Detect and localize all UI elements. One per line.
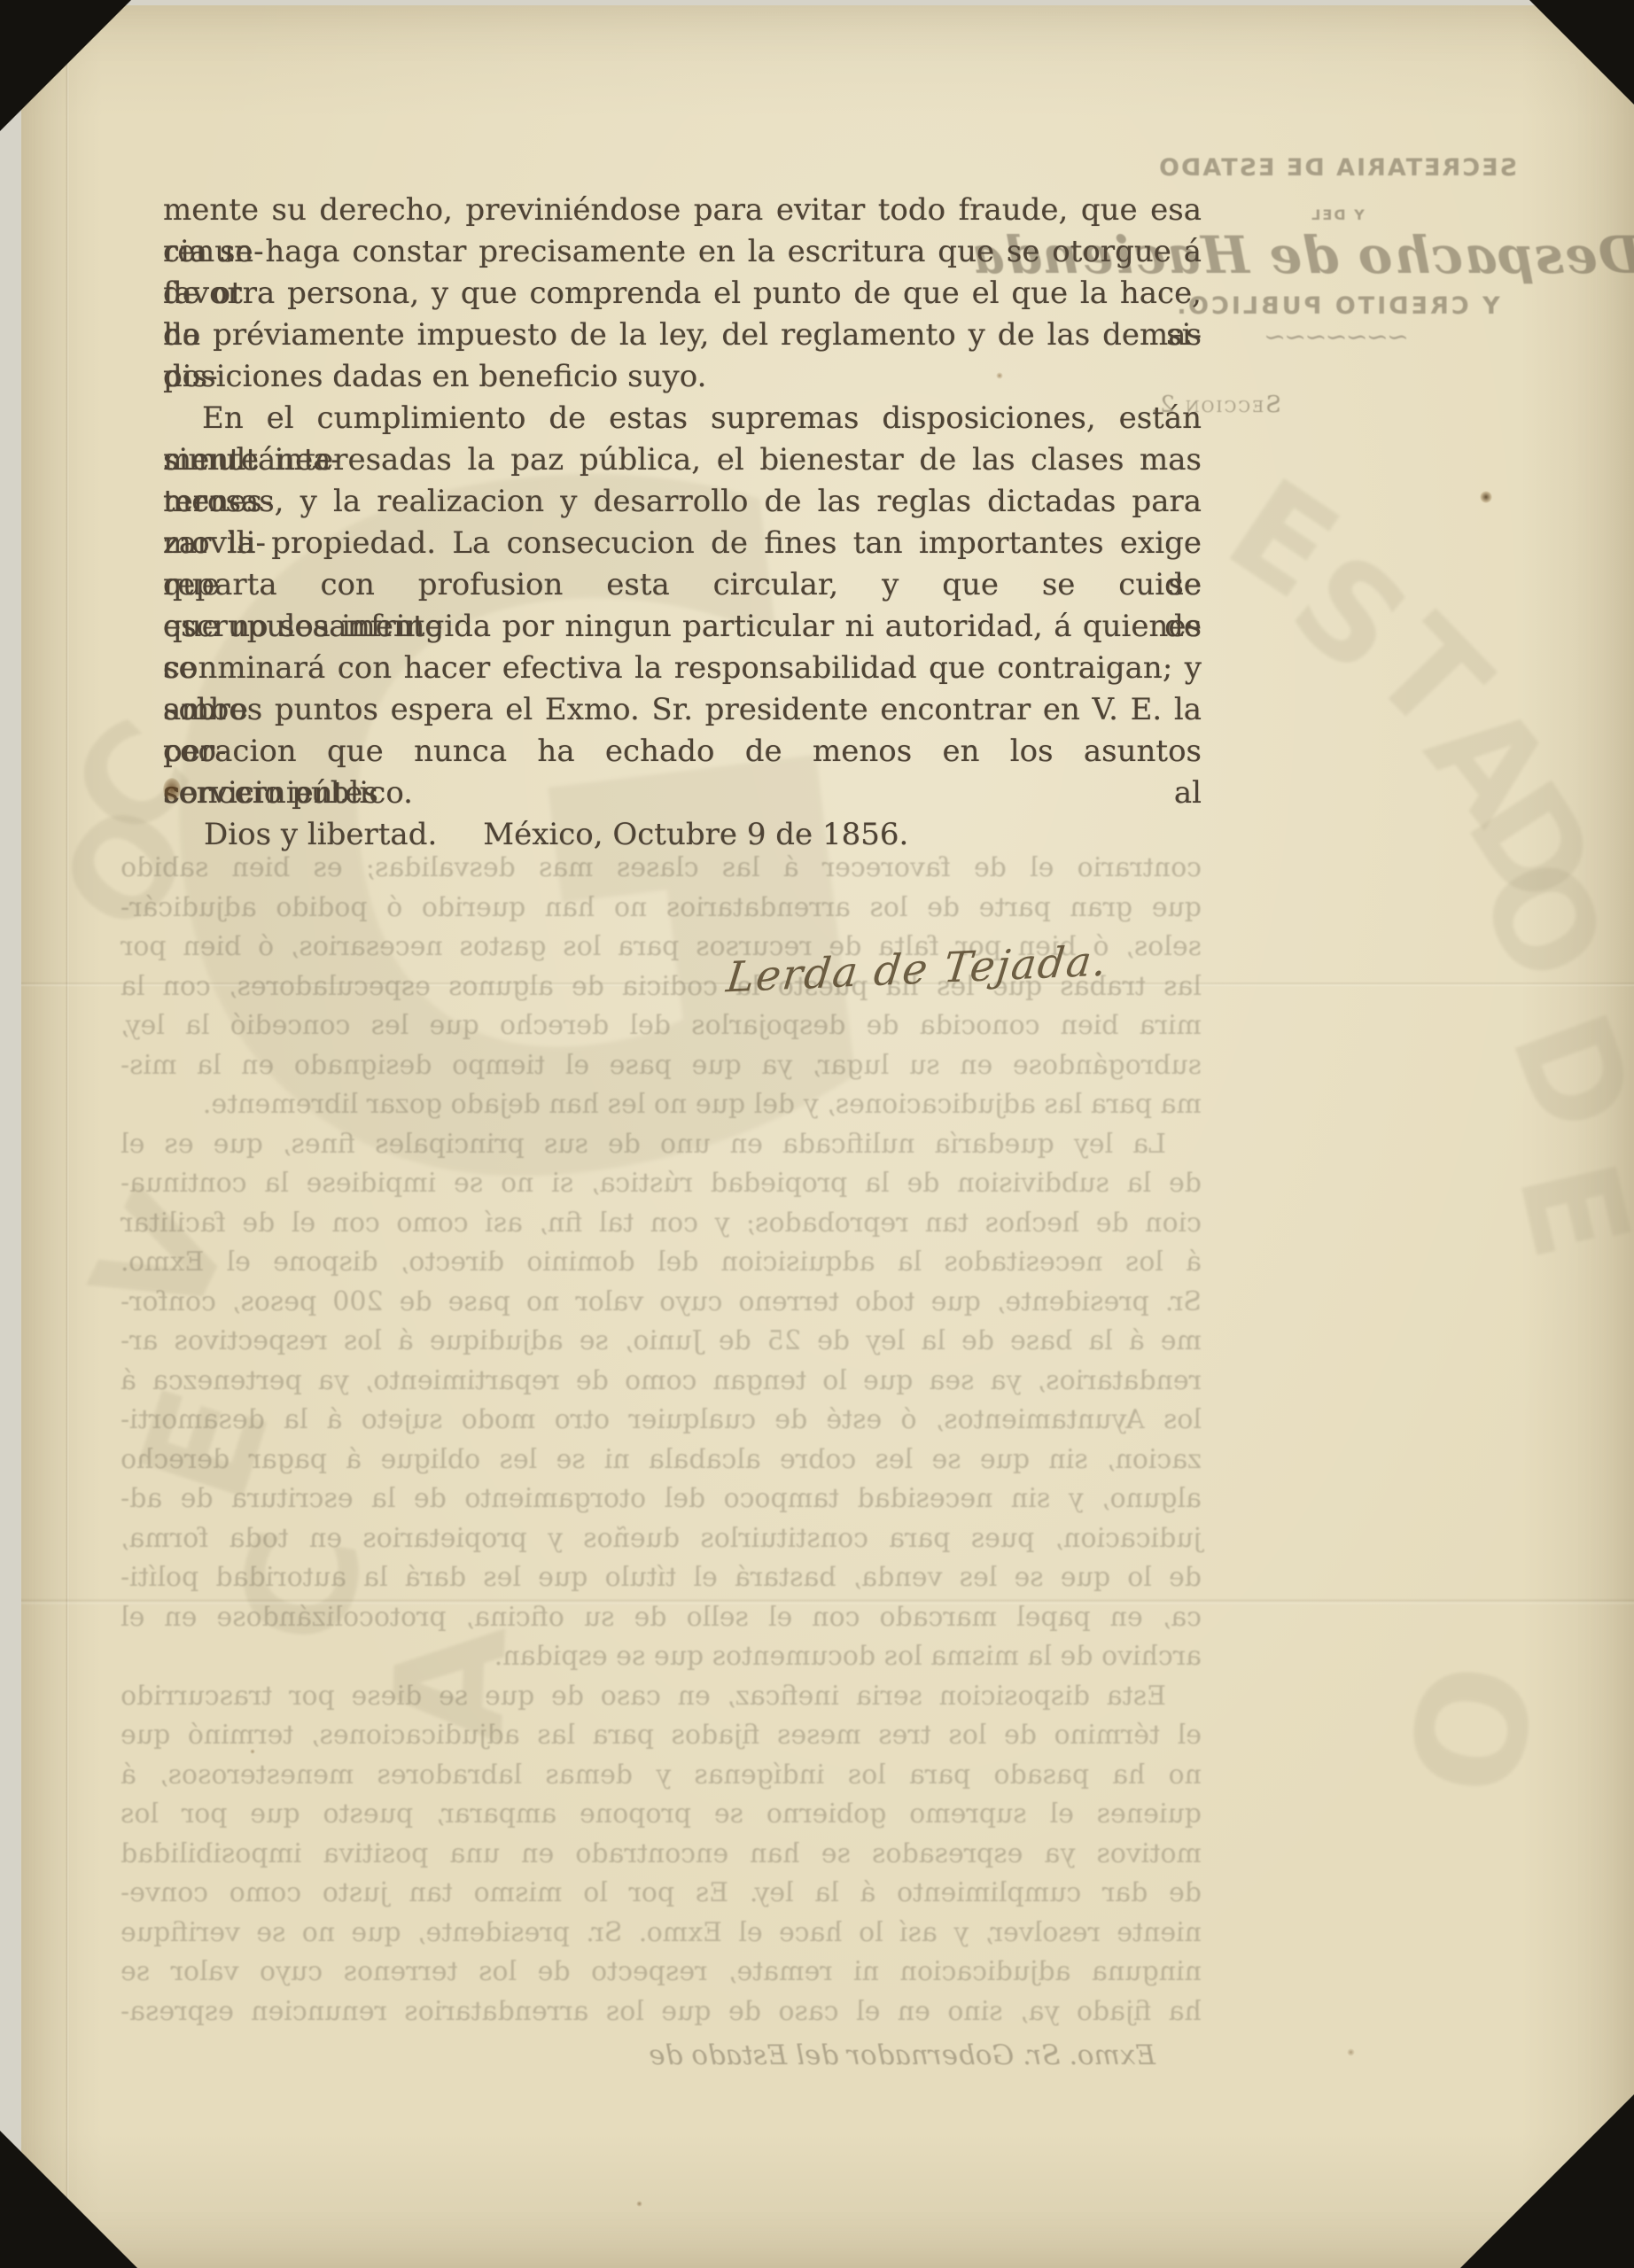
text-line: terosas, y la realizacion y desarrollo d… [163,481,1202,523]
watermark-letter: D [1490,998,1634,1147]
watermark-letter: D [1445,762,1617,927]
fold-crease-vertical [66,5,69,2268]
verso-bleedthrough-text: contrario el de favorecer á las clases m… [121,849,1202,2031]
text-line: de otra persona, y que comprenda el punt… [163,273,1202,315]
dateline-salutation: Dios y libertad. [204,817,437,852]
text-line: me á la base de la ley de 25 de Junio, s… [121,1322,1202,1362]
text-line: judicacion, pues para constituirlos dueñ… [121,1519,1202,1559]
foxing-spot [1347,2048,1355,2056]
text-line: subrogándose en su lugar, ya que pase el… [121,1046,1202,1086]
text-line: posiciones dadas en beneficio suyo. [163,356,1202,398]
text-line: cia se haga constar precisamente en la e… [163,231,1202,273]
watermark-letter: E [1498,1151,1634,1270]
text-line: que no sea infringida por ningun particu… [163,606,1202,648]
text-line: rendatarios, ya sea que lo tengan como d… [121,1362,1202,1402]
dateline: Dios y libertad.México, Octubre 9 de 185… [163,814,1202,856]
watermark-letter: A [1404,681,1573,844]
text-line: archivo de la misma los documentos que s… [121,1637,1202,1677]
text-line: á los necesitados la adquisicion del dom… [121,1243,1202,1283]
text-line: ninguna adjudicacion ni remate, respecto… [121,1953,1202,1992]
text-line: mente interesadas la paz pública, el bie… [163,439,1202,481]
foxing-spot [1480,491,1492,503]
verso-address-bleedthrough: Exmo. Sr. Gobernador del Estado de [514,2039,1155,2071]
text-line: zacion, sin que se les cobre alcabala ni… [121,1441,1202,1480]
paragraph-2: En el cumplimiento de estas supremas dis… [163,398,1202,814]
text-line: Esta disposicion seria ineficaz, en caso… [121,1677,1202,1717]
text-line: ma para las adjudicaciones, y del que no… [121,1085,1202,1125]
text-line: ca, en papel marcado con el sello de su … [121,1598,1202,1638]
text-line: ha fijado ya, sino en el caso de que los… [121,1992,1202,2032]
text-line: que gran parte de los arrendatarios no h… [121,889,1202,928]
watermark-letter: S [1270,532,1428,695]
paragraph-1: mente su derecho, previniéndose para evi… [163,190,1202,398]
watermark-letter: E [1208,459,1358,620]
watermark-letter: O [1457,839,1627,1001]
text-line: ambos puntos espera el Exmo. Sr. preside… [163,689,1202,731]
paper-sheet: G ESTADODEOCOVECA SECRETARIA DE ESTADO Y… [21,5,1634,2268]
scanned-document-page: G ESTADODEOCOVECA SECRETARIA DE ESTADO Y… [0,0,1634,2268]
text-line: cion de hechos tan reprobados; y con tal… [121,1204,1202,1244]
text-line: mira bien conocida de despojarlos del de… [121,1006,1202,1046]
watermark-letter: O [1382,1652,1553,1805]
text-line: reparta con profusion esta circular, y q… [163,564,1202,606]
dateline-place-date: México, Octubre 9 de 1856. [483,817,908,852]
text-line: no ha pasado para los indígenas y demas … [121,1756,1202,1796]
text-line: niente resolver, y así lo hace el Exmo. … [121,1914,1202,1953]
text-line: La ley quedaría nulificada en uno de sus… [121,1125,1202,1165]
watermark-letter: T [1350,597,1509,755]
text-line: el término de los tres meses fijados par… [121,1716,1202,1756]
text-line: motivos ya espresados se han encontrado … [121,1835,1202,1875]
letterhead-secretaria-line: SECRETARIA DE ESTADO [1031,154,1634,182]
text-line: peracion que nunca ha echado de menos en… [163,731,1202,773]
text-line: los Ayuntamientos, ó esté de cualquier o… [121,1401,1202,1441]
foxing-spot [636,2201,642,2207]
text-line: do préviamente impuesto de la ley, del r… [163,315,1202,356]
text-line: En el cumplimiento de estas supremas dis… [163,398,1202,439]
text-line: conminará con hacer efectiva la responsa… [163,648,1202,689]
text-line: zar la propiedad. La consecucion de fine… [163,523,1202,564]
text-line: de lo que se les venda, bastará el títul… [121,1558,1202,1598]
text-line: mente su derecho, previniéndose para evi… [163,190,1202,231]
text-line: de dar cumplimiento á la ley. Es por lo … [121,1874,1202,1914]
text-line: quienes el supremo gobierno se propone a… [121,1795,1202,1835]
text-line: de la subdivision de la propiedad rústic… [121,1164,1202,1204]
text-line: alguno, y sin necesidad tampoco del otor… [121,1480,1202,1519]
text-line: Sr. presidente, que todo terreno cuyo va… [121,1283,1202,1323]
